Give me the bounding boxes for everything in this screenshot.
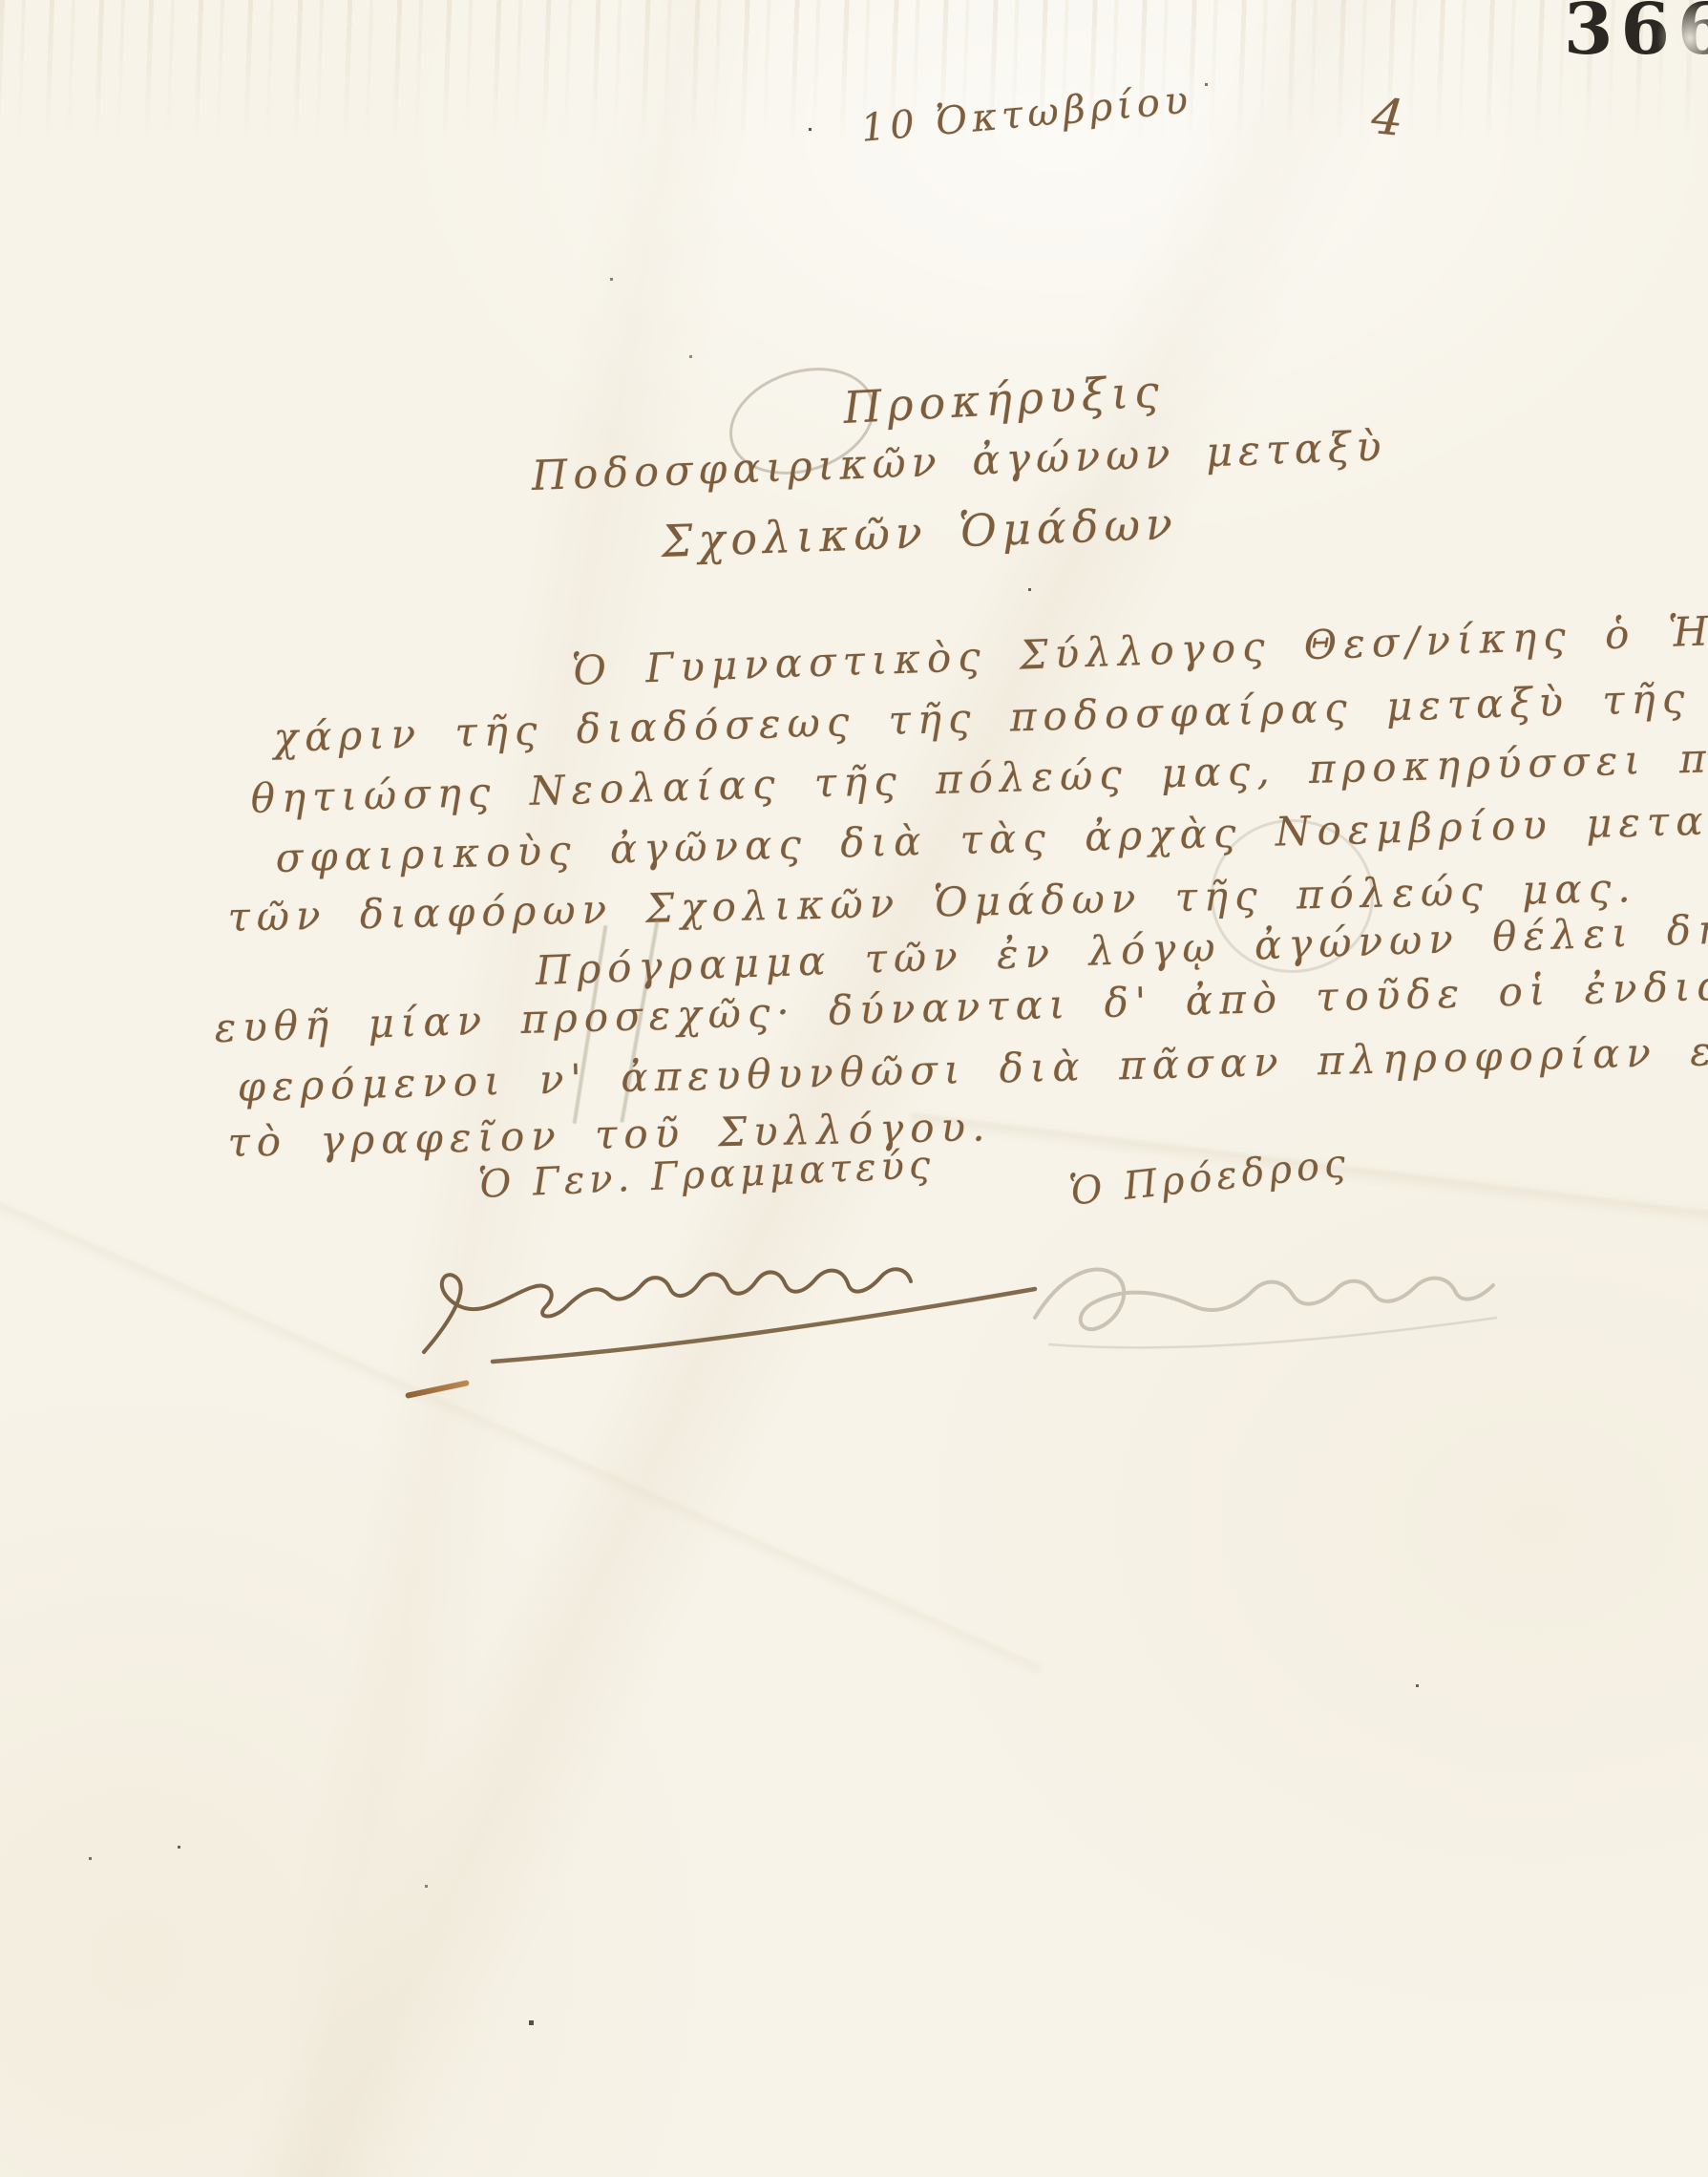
paper-top-crinkle: [0, 0, 1708, 143]
scanned-letter-page: 366 10 Ὀκτωβρίου 4 Προκήρυξις Ποδοσφαιρι…: [0, 0, 1708, 2177]
president-title: Ὁ Πρόεδρος: [1067, 1141, 1352, 1215]
paper-speckles: [0, 0, 1, 1]
president-signature: [1020, 1211, 1516, 1373]
title-line-3: Σχολικῶν Ὁμάδων: [661, 497, 1179, 567]
annotation-mark: 4: [1369, 88, 1411, 149]
secretary-signature: [401, 1230, 1050, 1383]
title-line-2: Ποδοσφαιρικῶν ἀγώνων μεταξὺ: [531, 423, 1387, 500]
page-number: 366: [1564, 0, 1708, 71]
title-line-1: Προκήρυξις: [842, 365, 1166, 433]
